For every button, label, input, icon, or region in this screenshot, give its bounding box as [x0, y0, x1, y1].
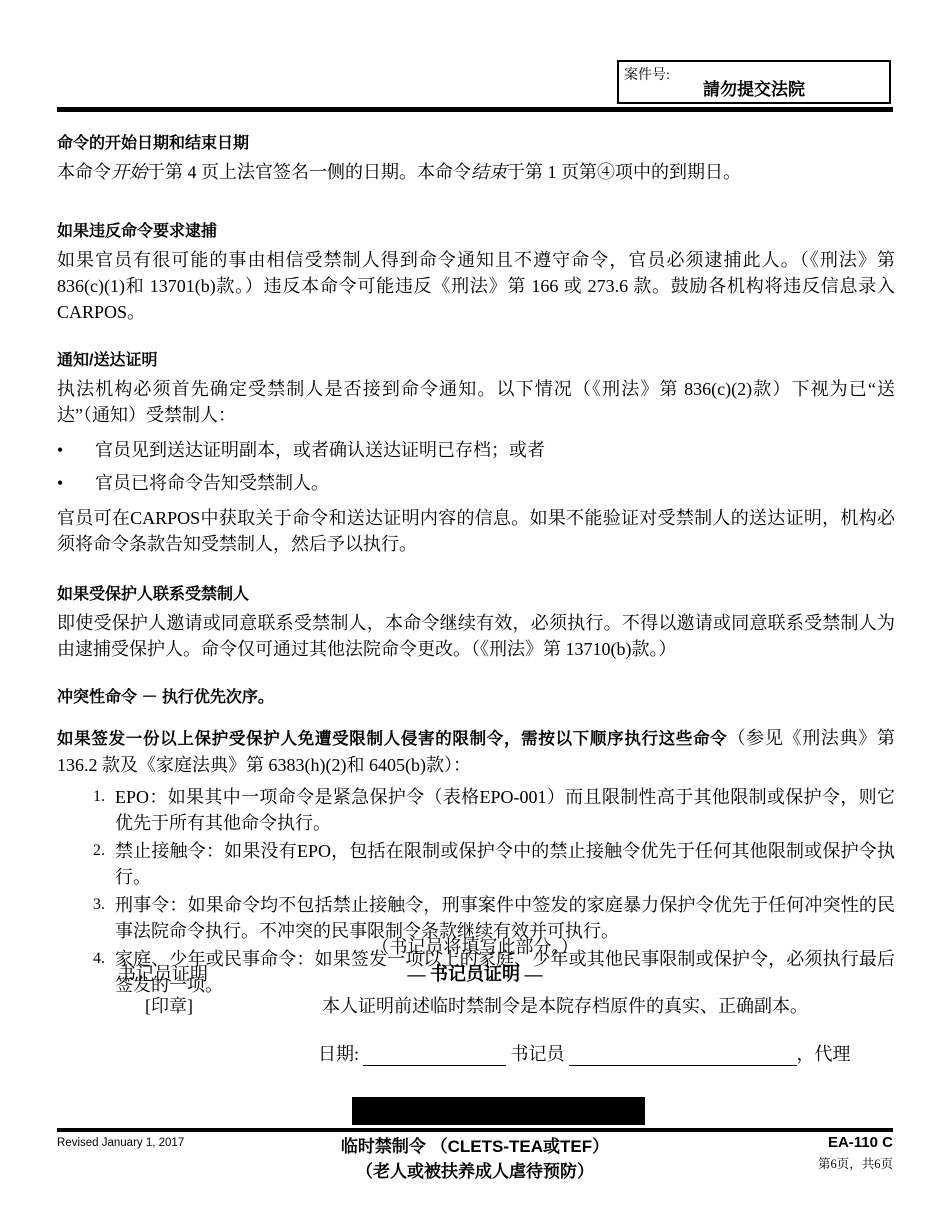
conflicting-intro-bold: 如果签发一份以上保护受保护人免遭受限制人侵害的限制令，需按以下顺序执行这些命令	[57, 730, 727, 748]
clerk-certification-title: — 书记员证明 —	[0, 960, 950, 986]
form-body: 命令的开始日期和结束日期 本命令开始于第 4 页上法官签名一侧的日期。本命令结束…	[57, 126, 895, 998]
section-body-contact: 即使受保护人邀请或同意联系受禁制人，本命令继续有效，必须执行。不得以邀请或同意联…	[57, 610, 895, 662]
list-item: • 官员见到送达证明副本，或者确认送达证明已存档；或者	[57, 437, 895, 463]
section-title-contact: 如果受保护人联系受禁制人	[57, 584, 895, 605]
section-title-notice: 通知/送达证明	[57, 350, 895, 371]
bullet-text: 官员见到送达证明副本，或者确认送达证明已存档；或者	[95, 437, 545, 463]
dates-text-post: 于第 1 页第④项中的到期日。	[507, 162, 741, 182]
form-number: EA-110 C	[828, 1134, 893, 1151]
dates-text-mid: 于第 4 页上法官签名一侧的日期。本命令	[147, 162, 471, 182]
form-page: 案件号: 請勿提交法院 命令的开始日期和结束日期 本命令开始于第 4 页上法官签…	[0, 0, 950, 1230]
clerk-fill-note: （书记员将填写此部分。）	[0, 933, 950, 959]
section-title-dates: 命令的开始日期和结束日期	[57, 133, 895, 154]
section-body-dates: 本命令开始于第 4 页上法官签名一侧的日期。本命令结束于第 1 页第④项中的到期…	[57, 159, 895, 185]
bullet-text: 官员已将命令告知受禁制人。	[95, 470, 329, 496]
top-divider	[57, 107, 893, 112]
bullet-icon: •	[57, 437, 95, 463]
conflicting-intro: 如果签发一份以上保护受保护人免遭受限制人侵害的限制令，需按以下顺序执行这些命令（…	[57, 725, 895, 778]
list-item: • 官员已将命令告知受禁制人。	[57, 470, 895, 496]
item-number: 1.	[93, 784, 115, 836]
dates-text-end-italic: 结束	[471, 162, 507, 182]
list-item: 1. EPO：如果其中一项命令是紧急保护令（表格EPO-001）而且限制性高于其…	[57, 784, 895, 836]
do-not-file-notice: 請勿提交法院	[619, 75, 889, 100]
deputy-suffix: ，代理	[797, 1044, 851, 1064]
seal-placeholder: [印章]	[145, 992, 193, 1018]
clerk-certification-statement: 本人证明前述临时禁制令是本院存档原件的真实、正确副本。	[322, 992, 808, 1018]
form-title-line1: 临时禁制令 （CLETS-TEA或TEF）	[0, 1134, 950, 1159]
date-field[interactable]	[363, 1047, 506, 1066]
section-body-arrest: 如果官员有很可能的事由相信受禁制人得到命令通知且不遵守命令，官员必须逮捕此人。（…	[57, 247, 895, 325]
list-item: 2. 禁止接触令：如果没有EPO，包括在限制或保护令中的禁止接触令优先于任何其他…	[57, 838, 895, 890]
section-body-notice: 执法机构必须首先确定受禁制人是否接到命令通知。以下情况（《刑法》第 836(c)…	[57, 376, 895, 428]
item-text: EPO：如果其中一项命令是紧急保护令（表格EPO-001）而且限制性高于其他限制…	[115, 784, 895, 836]
notice-after-paragraph: 官员可在CARPOS中获取关于命令和送达证明内容的信息。如果不能验证对受禁制人的…	[57, 505, 895, 557]
bottom-divider	[57, 1128, 893, 1132]
section-title-arrest: 如果违反命令要求逮捕	[57, 221, 895, 242]
notice-bullet-list: • 官员见到送达证明副本，或者确认送达证明已存档；或者 • 官员已将命令告知受禁…	[57, 437, 895, 496]
item-number: 2.	[93, 838, 115, 890]
date-label: 日期:	[318, 1044, 359, 1064]
section-title-conflicting: 冲突性命令 － 执行优先次序。	[57, 687, 895, 708]
page-number: 第6页，共6页	[818, 1154, 893, 1172]
redaction-block	[352, 1097, 645, 1125]
dates-text-pre: 本命令	[57, 162, 111, 182]
dates-text-start-italic: 开始	[111, 162, 147, 182]
bullet-icon: •	[57, 470, 95, 496]
clerk-signature-row: 日期: 书记员，代理	[318, 1040, 851, 1066]
form-title: 临时禁制令 （CLETS-TEA或TEF） （老人或被扶养成人虐待预防）	[0, 1134, 950, 1184]
item-text: 禁止接触令：如果没有EPO，包括在限制或保护令中的禁止接触令优先于任何其他限制或…	[115, 838, 895, 890]
case-number-box: 案件号: 請勿提交法院	[617, 60, 891, 104]
clerk-name-field[interactable]	[569, 1047, 797, 1066]
clerk-label: 书记员	[511, 1044, 565, 1064]
form-title-line2: （老人或被扶养成人虐待预防）	[0, 1159, 950, 1184]
